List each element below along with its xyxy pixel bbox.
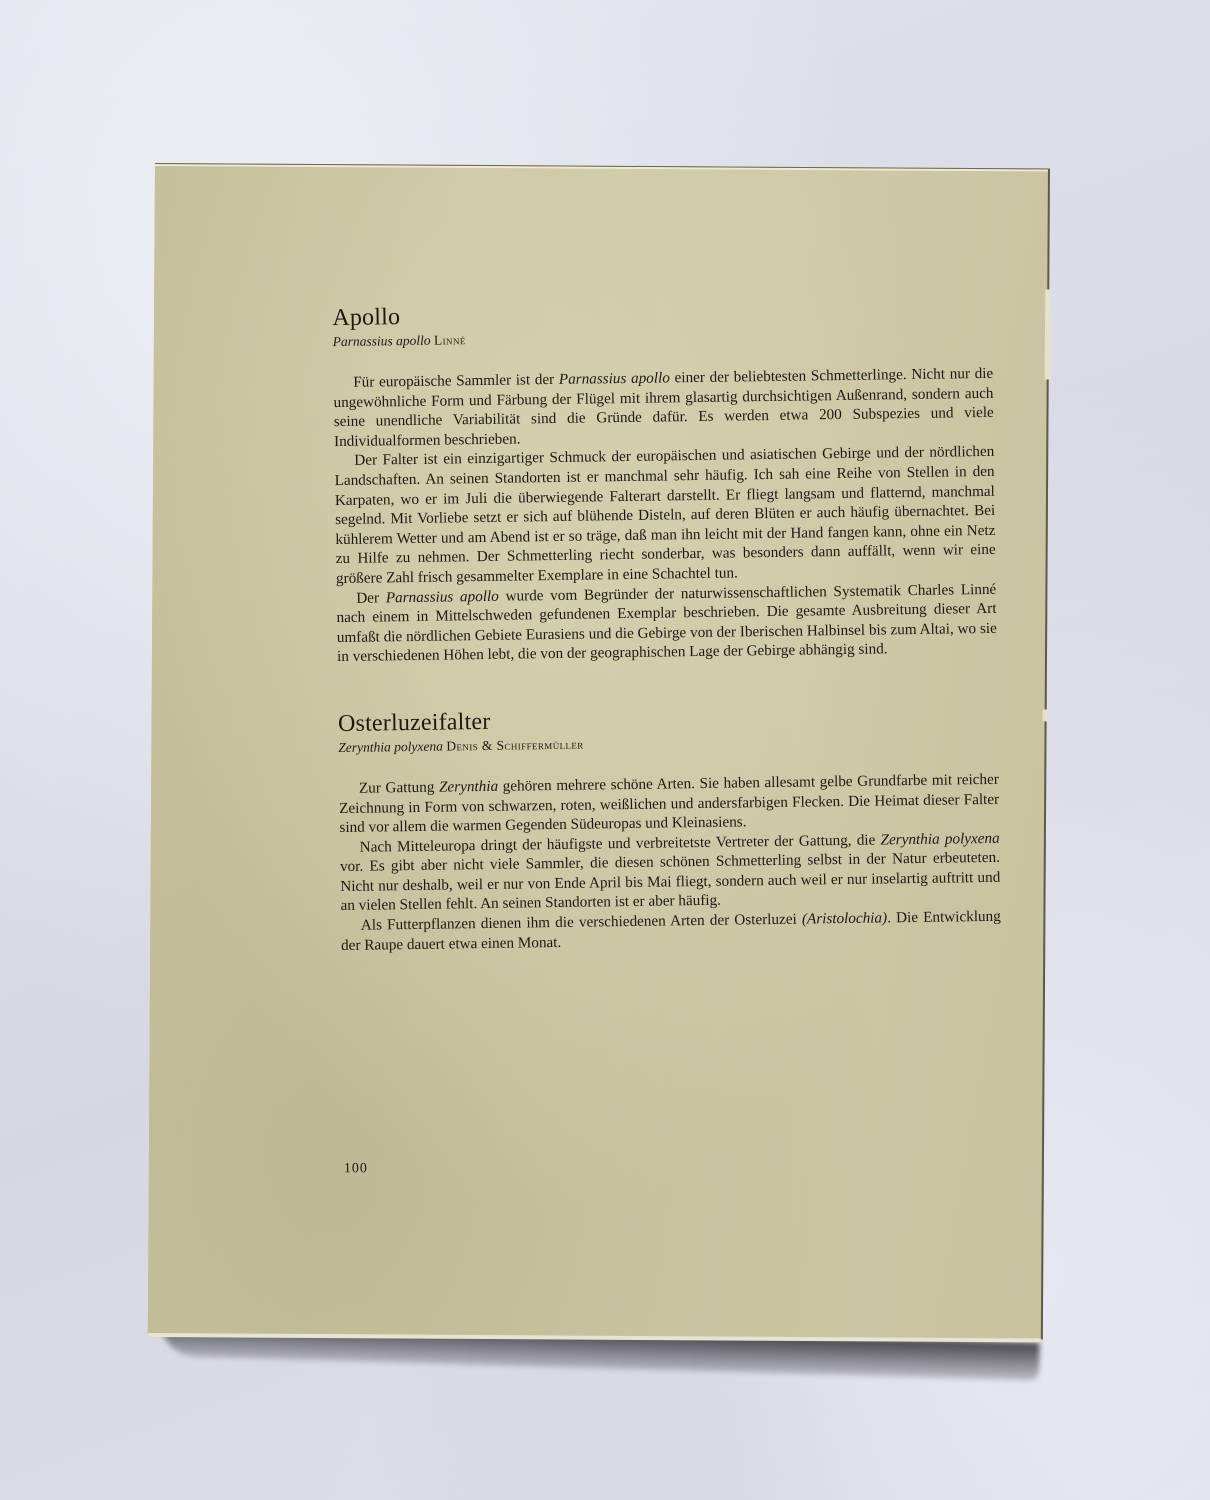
text-run: Zur Gattung — [359, 779, 439, 797]
text-run: Als Futterpflanzen dienen ihm die versch… — [361, 911, 802, 934]
torn-edge — [1043, 709, 1049, 721]
page-number: 100 — [344, 1161, 368, 1177]
paragraph: Zur Gattung Zerynthia gehören mehrere sc… — [339, 770, 1000, 838]
torn-edge — [1045, 289, 1052, 379]
book-page: Apollo Parnassius apollo Linné Für europ… — [148, 163, 1050, 1339]
text-run: Der — [356, 589, 386, 606]
page-content: Apollo Parnassius apollo Linné Für europ… — [332, 294, 1001, 955]
italic-term: Zerynthia — [439, 778, 498, 796]
scientific-name: Parnassius apollo — [333, 333, 431, 349]
italic-term: Parnassius apollo — [386, 587, 499, 606]
section-osterluzeifalter: Osterluzeifalter Zerynthia polyxena Deni… — [338, 700, 1001, 956]
species-author: Linné — [434, 332, 466, 347]
italic-term: Parnassius apollo — [559, 369, 670, 388]
paragraph: Als Futterpflanzen dienen ihm die versch… — [341, 907, 1001, 955]
species-author: Denis & Schiffermüller — [446, 737, 584, 754]
text-run: Der Falter ist ein einzigartiger Schmuck… — [335, 443, 996, 587]
text-run: vor. Es gibt aber nicht viele Sammler, d… — [340, 849, 1000, 914]
paragraph: Der Parnassius apollo wurde vom Begründe… — [336, 579, 997, 667]
paragraph: Für europäische Sammler ist der Parnassi… — [333, 364, 994, 452]
scientific-name: Zerynthia polyxena — [338, 738, 443, 754]
text-run: Für europäische Sammler ist der — [353, 371, 559, 391]
paragraph: Nach Mitteleuropa dringt der häufigste u… — [340, 829, 1001, 917]
italic-term: (Aristolochia) — [802, 909, 887, 927]
section-apollo: Apollo Parnassius apollo Linné Für europ… — [332, 294, 997, 667]
italic-term: Zerynthia polyxena — [880, 830, 999, 849]
paragraph: Der Falter ist ein einzigartiger Schmuck… — [334, 442, 996, 588]
